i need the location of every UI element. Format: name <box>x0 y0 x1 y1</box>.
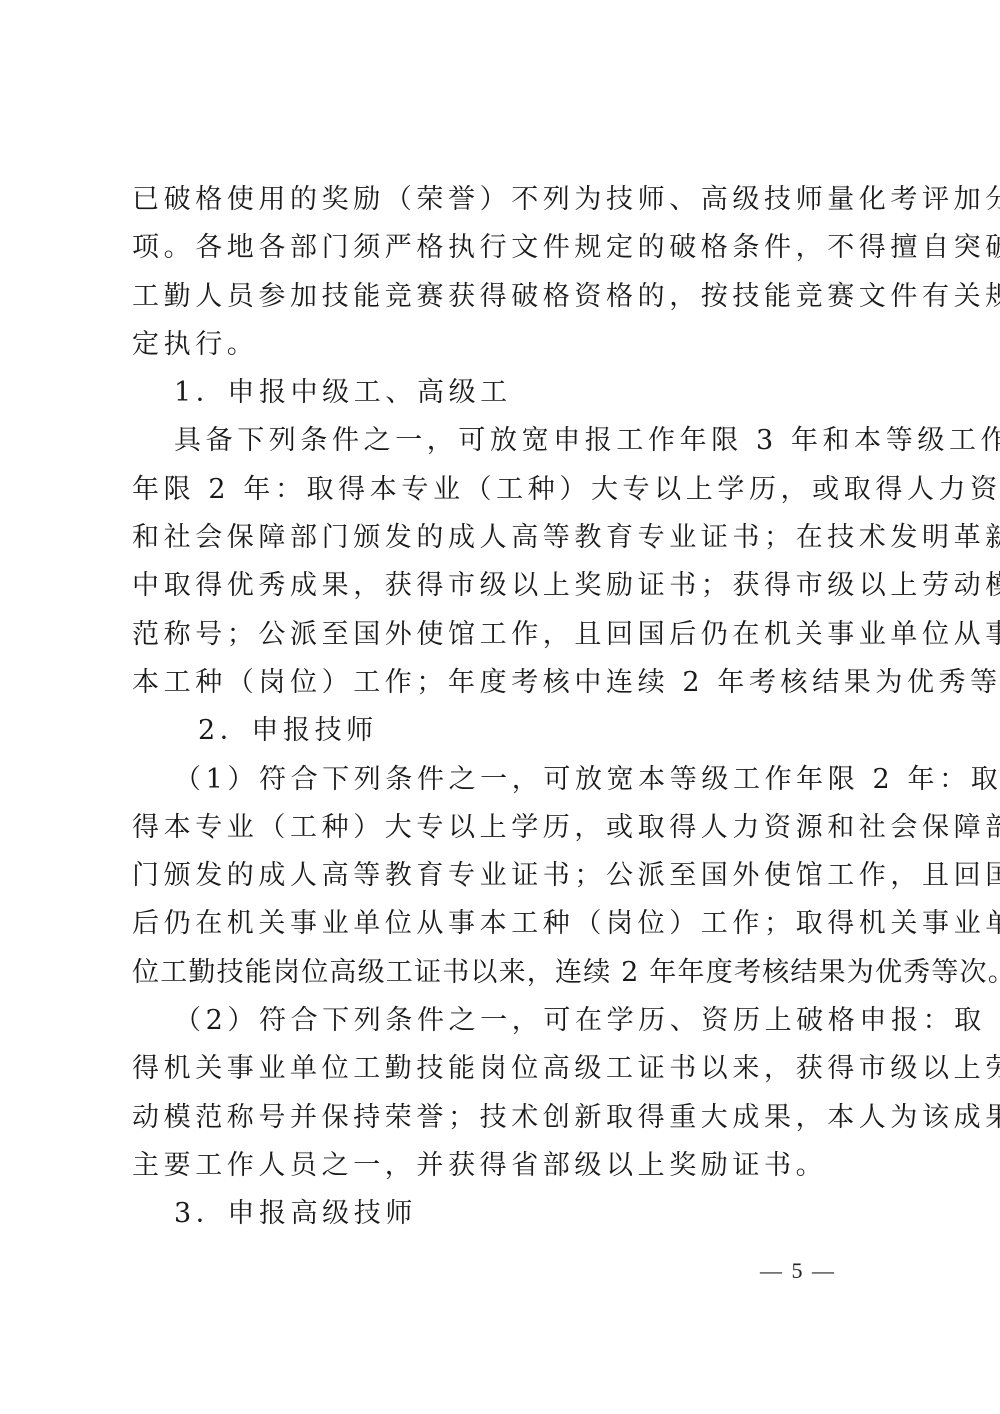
paragraph-continued: 已破格使用的奖励（荣誉）不列为技师、高级技师量化考评加分 项。各地各部门须严格执… <box>132 176 872 369</box>
text-line: 主要工作人员之一，并获得省部级以上奖励证书。 <box>132 1142 872 1190</box>
text-line: 位工勤技能岗位高级工证书以来，连续 2 年年度考核结果为优秀等次。 <box>132 949 870 997</box>
text-line: （2）符合下列条件之一，可在学历、资历上破格申报：取 <box>132 997 870 1045</box>
page-number: — 5 — <box>760 1258 836 1284</box>
section-heading-2: 2．申报技师 <box>132 707 872 755</box>
text-line: 工勤人员参加技能竞赛获得破格资格的，按技能竞赛文件有关规 <box>132 273 870 321</box>
text-line: 项。各地各部门须严格执行文件规定的破格条件，不得擅自突破。 <box>132 224 870 272</box>
text-line: 动模范称号并保持荣誉；技术创新取得重大成果，本人为该成果 <box>132 1094 870 1142</box>
text-line: 中取得优秀成果，获得市级以上奖励证书；获得市级以上劳动模 <box>132 562 870 610</box>
paragraph-intermediate-advanced: 具备下列条件之一，可放宽申报工作年限 3 年和本等级工作 年限 2 年：取得本专… <box>132 417 872 707</box>
text-line: 得机关事业单位工勤技能岗位高级工证书以来，获得市级以上劳 <box>132 1045 870 1093</box>
section-heading-1: 1．申报中级工、高级工 <box>132 369 872 417</box>
paragraph-technician-2: （2）符合下列条件之一，可在学历、资历上破格申报：取 得机关事业单位工勤技能岗位… <box>132 997 872 1190</box>
text-line: 和社会保障部门颁发的成人高等教育专业证书；在技术发明革新 <box>132 514 870 562</box>
text-line: 得本专业（工种）大专以上学历，或取得人力资源和社会保障部 <box>132 804 870 852</box>
text-line: 范称号；公派至国外使馆工作，且回国后仍在机关事业单位从事 <box>132 611 870 659</box>
text-line: 门颁发的成人高等教育专业证书；公派至国外使馆工作，且回国 <box>132 852 870 900</box>
section-heading-3: 3．申报高级技师 <box>132 1190 872 1238</box>
text-line: 已破格使用的奖励（荣誉）不列为技师、高级技师量化考评加分 <box>132 176 870 224</box>
text-line: 具备下列条件之一，可放宽申报工作年限 3 年和本等级工作 <box>132 417 870 465</box>
text-line: 本工种（岗位）工作；年度考核中连续 2 年考核结果为优秀等次。 <box>132 659 870 707</box>
text-line: 定执行。 <box>132 321 872 369</box>
text-line: 后仍在机关事业单位从事本工种（岗位）工作；取得机关事业单 <box>132 900 870 948</box>
text-line: 年限 2 年：取得本专业（工种）大专以上学历，或取得人力资源 <box>132 466 870 514</box>
paragraph-technician-1: （1）符合下列条件之一，可放宽本等级工作年限 2 年：取 得本专业（工种）大专以… <box>132 756 872 997</box>
text-line: （1）符合下列条件之一，可放宽本等级工作年限 2 年：取 <box>132 756 870 804</box>
document-page: 已破格使用的奖励（荣誉）不列为技师、高级技师量化考评加分 项。各地各部门须严格执… <box>132 176 872 1239</box>
